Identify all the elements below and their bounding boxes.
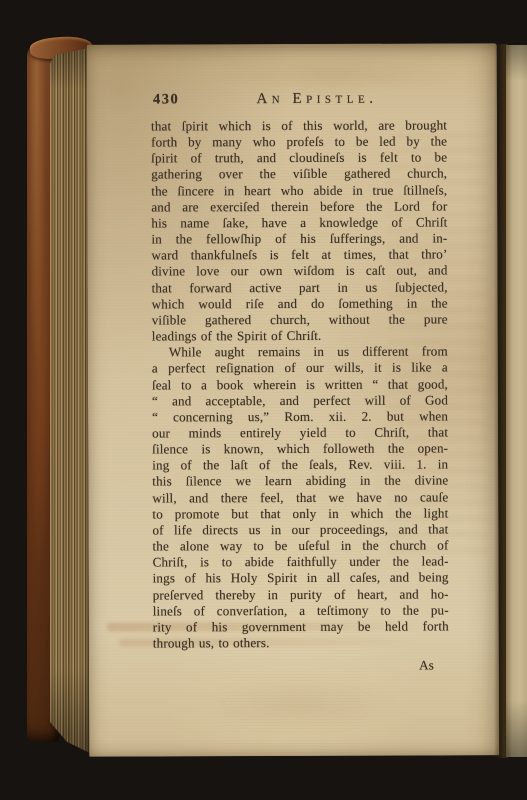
text-line: ings of his Holy Spirit in all caſes, an…: [153, 570, 449, 587]
text-line: ward thankfulneſs is felt at times, that…: [151, 247, 447, 264]
text-line: “ and acceptable, and perfect will of Go…: [152, 392, 448, 409]
text-line: of life directs us in our proceedings, a…: [152, 521, 448, 538]
text-line: While aught remains in us different from: [152, 344, 448, 361]
text-line: leadings of the Spirit of Chriſt.: [152, 327, 448, 344]
text-line: through us, to others.: [153, 634, 449, 651]
text-line: ſilence is known, which followeth the op…: [152, 441, 448, 458]
text-line: which would riſe and do ſomething in the: [152, 295, 448, 312]
paragraph: that ſpirit which is of this world, are …: [151, 117, 448, 344]
text-line: the alone way to be uſeful in the church…: [152, 538, 448, 555]
text-line: that ſpirit which is of this world, are …: [151, 117, 447, 134]
text-line: rity of his government may be held forth: [153, 618, 449, 635]
running-title: An Epistle.: [151, 90, 447, 108]
text-line: ſpirit of truth, and cloudineſs is felt …: [151, 150, 447, 167]
text-line: ſeal to a book wherein is written “ that…: [152, 376, 448, 393]
page-number: 430: [153, 91, 179, 108]
text-line: and are exerciſed therein before the Lor…: [151, 198, 447, 215]
text-line: a perfect reſignation of our wills, it i…: [152, 360, 448, 377]
text-line: divine love our own wiſdom is caſt out, …: [152, 263, 448, 280]
text-line: preſerved thereby in purity of heart, an…: [153, 586, 449, 603]
text-line: ing of the laſt of the ſeals, Rev. viii.…: [152, 457, 448, 474]
book-page: 430 An Epistle. that ſpirit which is of …: [87, 43, 499, 756]
text-line: in the fellowſhip of his ſufferings, and…: [151, 231, 447, 248]
text-line: Chriſt, is to abide faithfully under the…: [153, 554, 449, 571]
text-line: will, and there feel, that we have no ca…: [152, 489, 448, 506]
text-line: that forward active part in us ſubjected…: [152, 279, 448, 296]
facing-page-edge: [506, 45, 527, 757]
book-scan: 430 An Epistle. that ſpirit which is of …: [0, 0, 527, 800]
text-line: this ſilence we learn abiding in the div…: [152, 473, 448, 490]
text-line: to promote but that only in which the li…: [152, 505, 448, 522]
text-line: the ſincere in heart who abide in true ſ…: [151, 182, 447, 199]
text-line: viſible gathered church, without the pur…: [152, 311, 448, 328]
running-head: 430 An Epistle.: [151, 90, 447, 108]
text-line: “ concerning us,” Rom. xii. 2. but when: [152, 408, 448, 425]
text-line: gathering over the viſible gathered chur…: [151, 166, 447, 183]
page-edge-stack: [50, 47, 90, 753]
text-block: that ſpirit which is of this world, are …: [151, 117, 449, 674]
text-line: our minds entirely yield to Chriſt, that: [152, 424, 448, 441]
paragraph: While aught remains in us different from…: [152, 344, 449, 652]
text-line: forth by many who profeſs to be led by t…: [151, 134, 447, 151]
text-line: his name ſake, have a knowledge of Chriſ…: [151, 214, 447, 231]
show-through-smudge: [207, 55, 457, 92]
catchword: As: [153, 658, 449, 675]
text-line: lineſs of converſation, a teſtimony to t…: [153, 602, 449, 619]
paper-stain: [199, 674, 399, 735]
